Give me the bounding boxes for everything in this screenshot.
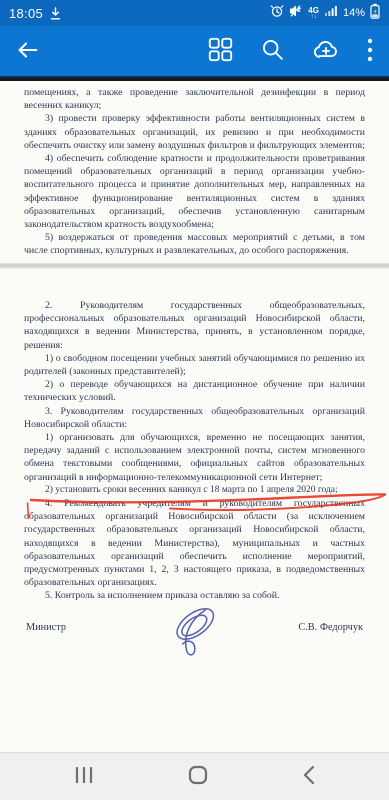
- home-icon: [188, 765, 208, 788]
- status-bar: 18:05 4G ↑↓ 14%: [0, 0, 389, 26]
- doc-paragraph: 2. Руководителям государственных общеобр…: [24, 299, 365, 352]
- back-icon: [302, 765, 316, 788]
- pages-grid-button[interactable]: [208, 37, 233, 65]
- doc-paragraph: 4. Рекомендовать учредителям и руководит…: [24, 497, 365, 589]
- underlined-text: 2) установить сроки весенних каникул с 1…: [45, 485, 338, 495]
- signatory-role: Министр: [26, 621, 66, 634]
- download-icon: [50, 7, 61, 20]
- cloud-upload-button[interactable]: [312, 38, 340, 65]
- doc-paragraph: 5) воздержаться от проведения массовых м…: [24, 231, 365, 257]
- document-viewer[interactable]: помещениях, а также проведение заключите…: [0, 76, 389, 752]
- alarm-icon: [270, 4, 284, 23]
- doc-paragraph: 5. Контроль за исполнением приказа остав…: [24, 589, 365, 602]
- recents-icon: [74, 766, 94, 787]
- mute-vibrate-icon: [289, 4, 303, 23]
- doc-paragraph: 3) провести проверку эффективности работ…: [24, 112, 365, 152]
- battery-charging-icon: [370, 3, 380, 24]
- nav-back-button[interactable]: [298, 761, 320, 792]
- phone-screen: 18:05 4G ↑↓ 14%: [0, 0, 389, 800]
- doc-paragraph: помещениях, а также проведение заключите…: [24, 86, 365, 112]
- doc-paragraph: 4) обеспечить соблюдение кратности и про…: [24, 152, 365, 231]
- doc-paragraph: 2) о переводе обучающихся на дистанционн…: [24, 378, 365, 404]
- doc-paragraph-underlined: 2) установить сроки весенних каникул с 1…: [24, 484, 365, 497]
- app-toolbar: [0, 26, 389, 76]
- doc-paragraph: 3. Руководителям государственных общеобр…: [24, 405, 365, 431]
- back-arrow-icon: [14, 37, 40, 66]
- signature-scribble: [158, 605, 226, 663]
- network-4g-indicator: 4G ↑↓: [308, 7, 319, 20]
- more-vert-icon: [367, 38, 373, 65]
- document-page-2: 2. Руководителям государственных общеобр…: [0, 269, 389, 752]
- battery-percent: 14%: [343, 7, 365, 19]
- recents-button[interactable]: [70, 762, 98, 791]
- search-button[interactable]: [260, 37, 285, 65]
- signatory-name: С.В. Федорчук: [298, 621, 363, 634]
- grid-icon: [208, 37, 233, 65]
- document-page-1: помещениях, а также проведение заключите…: [0, 81, 389, 263]
- doc-paragraph: 1) организовать для обучающихся, временн…: [24, 431, 365, 484]
- overflow-menu-button[interactable]: [367, 38, 373, 65]
- home-button[interactable]: [184, 761, 212, 792]
- android-nav-bar: [0, 752, 389, 800]
- network-arrows-icon: ↑↓: [311, 14, 317, 20]
- back-button[interactable]: [14, 37, 40, 66]
- signal-icon: [324, 4, 338, 22]
- status-time: 18:05: [9, 6, 43, 21]
- cloud-upload-icon: [312, 38, 340, 65]
- signature-block: Министр С.В. Федорчук: [24, 621, 365, 634]
- search-icon: [260, 37, 285, 65]
- doc-paragraph: 1) о свободном посещении учебных занятий…: [24, 352, 365, 378]
